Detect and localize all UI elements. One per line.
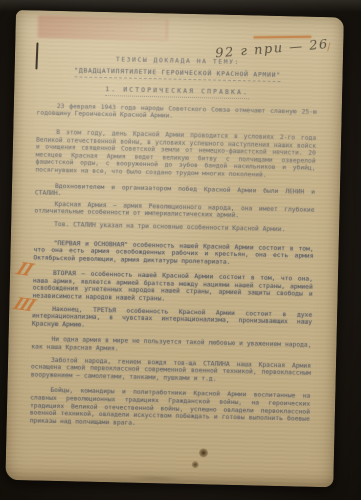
handwritten-archival-number: 92 г при — 26 <box>215 37 330 61</box>
margin-mark-ii: II <box>13 260 35 281</box>
report-title: "ДВАДЦАТИПЯТИЛЕТИЕ ГЕРОИЧЕСКОЙ КРАСНОЙ А… <box>38 66 318 80</box>
paragraph-revolutionary-army: Красная Армия — армия Революционного нар… <box>34 200 314 222</box>
paragraph-equipment: Заботой народа, гением вождя тов-ща СТАЛ… <box>31 356 311 385</box>
paragraph-soldiers-traditions: Бойцы, командиры и политработники Красно… <box>30 387 311 431</box>
stain-smudge <box>125 475 185 482</box>
stain-spot <box>192 461 199 468</box>
paragraph-love-of-people: Ни одна армия в мире не пользуется такой… <box>31 336 311 358</box>
stain-spot <box>199 448 208 457</box>
paragraph-war-context: В этом году, день Красной Армии проводит… <box>35 128 316 180</box>
pencil-line <box>253 36 311 39</box>
paragraph-stalin-three-features: Тов. СТАЛИН указал на три основные особе… <box>34 220 314 234</box>
paragraph-anniversary: 23 февраля 1943 года народы Советского С… <box>37 102 317 124</box>
document-page: 92 г при — 26 ТЕЗИСЫ ДОКЛАДА НА ТЕМУ: "Д… <box>5 10 344 487</box>
document-photo: 92 г при — 26 ТЕЗИСЫ ДОКЛАДА НА ТЕМУ: "Д… <box>0 0 361 500</box>
paragraph-second-feature: ВТОРАЯ — особенность нашей Красной Армии… <box>32 270 313 307</box>
section-heading: 1. ИСТОРИЧЕСКАЯ СПРАВКА. <box>37 85 317 99</box>
report-title-text: "ДВАДЦАТИПЯТИЛЕТИЕ ГЕРОИЧЕСКОЙ КРАСНОЙ А… <box>74 67 281 82</box>
typewritten-text: ТЕЗИСЫ ДОКЛАДА НА ТЕМУ: "ДВАДЦАТИПЯТИЛЕТ… <box>29 55 318 440</box>
paragraph-first-feature: "ПЕРВАЯ и ОСНОВНАЯ" особенность нашей Кр… <box>33 239 313 268</box>
paragraph-third-feature: Наконец, ТРЕТЬЯ особенность Красной Арми… <box>32 305 312 334</box>
section-heading-text: 1. ИСТОРИЧЕСКАЯ СПРАВКА. <box>105 86 249 99</box>
stamp-remnant <box>37 15 167 40</box>
